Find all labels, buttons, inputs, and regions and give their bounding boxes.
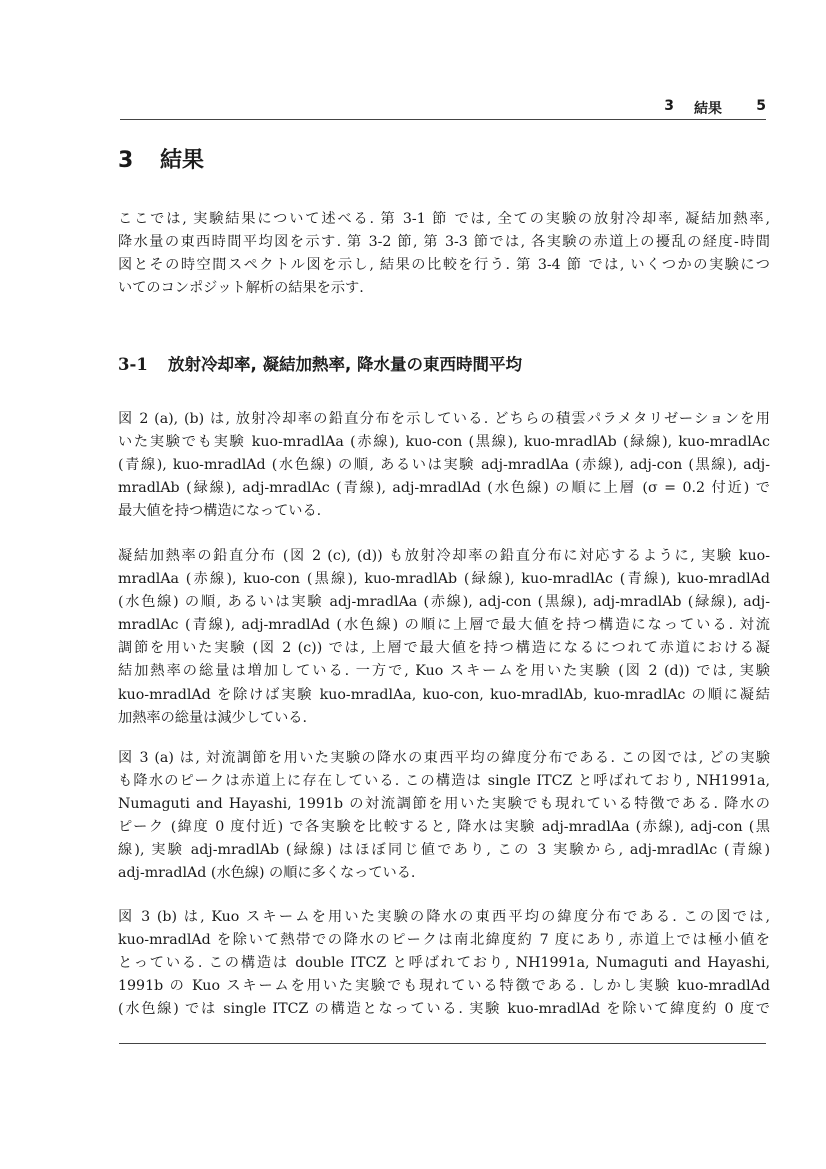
- footer-rule: [119, 1043, 766, 1044]
- running-header-section-number: 3: [664, 98, 674, 114]
- paragraph-precipitation-adjustment: 図 3 (a) は, 対流調節を用いた実験の降水の東西平均の緯度分布である. こ…: [118, 747, 770, 886]
- text-line: 調節を用いた実験 (図 2 (c)) では, 上層で最大値を持つ構造になるにつれ…: [118, 637, 770, 660]
- text-line: も降水のピークは赤道上に存在している. この構造は single ITCZ と呼…: [118, 770, 770, 793]
- text-line: 結加熱率の総量は増加している. 一方で, Kuo スキームを用いた実験 (図 2…: [118, 660, 770, 683]
- page-number: 5: [756, 98, 766, 114]
- text-line: kuo-mradlAd を除けば実験 kuo-mradlAa, kuo-con,…: [118, 684, 770, 707]
- text-line: ピーク (緯度 0 度付近) で各実験を比較すると, 降水は実験 adj-mra…: [118, 816, 770, 839]
- subsection-heading: 3-1放射冷却率, 凝結加熱率, 降水量の東西時間平均: [118, 351, 522, 375]
- text-line: とっている. この構造は double ITCZ と呼ばれており, NH1991…: [118, 952, 770, 975]
- text-line: mradlAc (青線), adj-mradlAd (水色線) の順に上層で最大…: [118, 614, 770, 637]
- text-line: kuo-mradlAd を除いて熱帯での降水のピークは南北緯度約 7 度にあり,…: [118, 929, 770, 952]
- text-line: ここでは, 実験結果について述べる. 第 3-1 節 では, 全ての実験の放射冷…: [118, 208, 770, 231]
- text-line: (青線), kuo-mradlAd (水色線) の順, あるいは実験 adj-m…: [118, 454, 770, 477]
- text-line: いた実験でも実験 kuo-mradlAa (赤線), kuo-con (黒線),…: [118, 431, 770, 454]
- header-rule: [120, 119, 766, 120]
- text-line: (水色線) では single ITCZ の構造となっている. 実験 kuo-m…: [118, 998, 770, 1021]
- running-header-section-title: 結果: [694, 98, 722, 118]
- text-line: 降水量の東西時間平均図を示す. 第 3-2 節, 第 3-3 節では, 各実験の…: [118, 231, 770, 254]
- text-line: 最大値を持つ構造になっている.: [118, 500, 770, 523]
- text-line: 線), 実験 adj-mradlAb (緑線) はほぼ同じ値であり, この 3 …: [118, 839, 770, 862]
- text-line: 図 3 (a) は, 対流調節を用いた実験の降水の東西平均の緯度分布である. こ…: [118, 747, 770, 770]
- text-line: adj-mradlAd (水色線) の順に多くなっている.: [118, 862, 770, 885]
- text-line: Numaguti and Hayashi, 1991b の対流調節を用いた実験で…: [118, 793, 770, 816]
- text-line: mradlAb (緑線), adj-mradlAc (青線), adj-mrad…: [118, 477, 770, 500]
- text-line: 凝結加熱率の鉛直分布 (図 2 (c), (d)) も放射冷却率の鉛直分布に対応…: [118, 545, 770, 568]
- subsection-number: 3-1: [118, 355, 168, 374]
- text-line: 図 2 (a), (b) は, 放射冷却率の鉛直分布を示している. どちらの積雲…: [118, 408, 770, 431]
- paragraph-condensation-heating: 凝結加熱率の鉛直分布 (図 2 (c), (d)) も放射冷却率の鉛直分布に対応…: [118, 545, 770, 730]
- text-line: 図とその時空間スペクトル図を示し, 結果の比較を行う. 第 3-4 節 では, …: [118, 254, 770, 277]
- section-number: 3: [118, 148, 160, 173]
- intro-paragraph: ここでは, 実験結果について述べる. 第 3-1 節 では, 全ての実験の放射冷…: [118, 208, 770, 300]
- text-line: 1991b の Kuo スキームを用いた実験でも現れている特徴である. しかし実…: [118, 975, 770, 998]
- paragraph-precipitation-kuo: 図 3 (b) は, Kuo スキームを用いた実験の降水の東西平均の緯度分布であ…: [118, 906, 770, 1021]
- text-line: 加熱率の総量は減少している.: [118, 707, 770, 730]
- text-line: 図 3 (b) は, Kuo スキームを用いた実験の降水の東西平均の緯度分布であ…: [118, 906, 770, 929]
- text-line: (水色線) の順, あるいは実験 adj-mradlAa (赤線), adj-c…: [118, 591, 770, 614]
- section-heading: 3結果: [118, 143, 204, 174]
- text-line: いてのコンポジット解析の結果を示す.: [118, 277, 770, 300]
- text-line: mradlAa (赤線), kuo-con (黒線), kuo-mradlAb …: [118, 568, 770, 591]
- running-header: 3 結果 5: [118, 98, 766, 118]
- subsection-title: 放射冷却率, 凝結加熱率, 降水量の東西時間平均: [168, 355, 522, 374]
- paragraph-radiative-cooling: 図 2 (a), (b) は, 放射冷却率の鉛直分布を示している. どちらの積雲…: [118, 408, 770, 523]
- section-title: 結果: [160, 148, 204, 173]
